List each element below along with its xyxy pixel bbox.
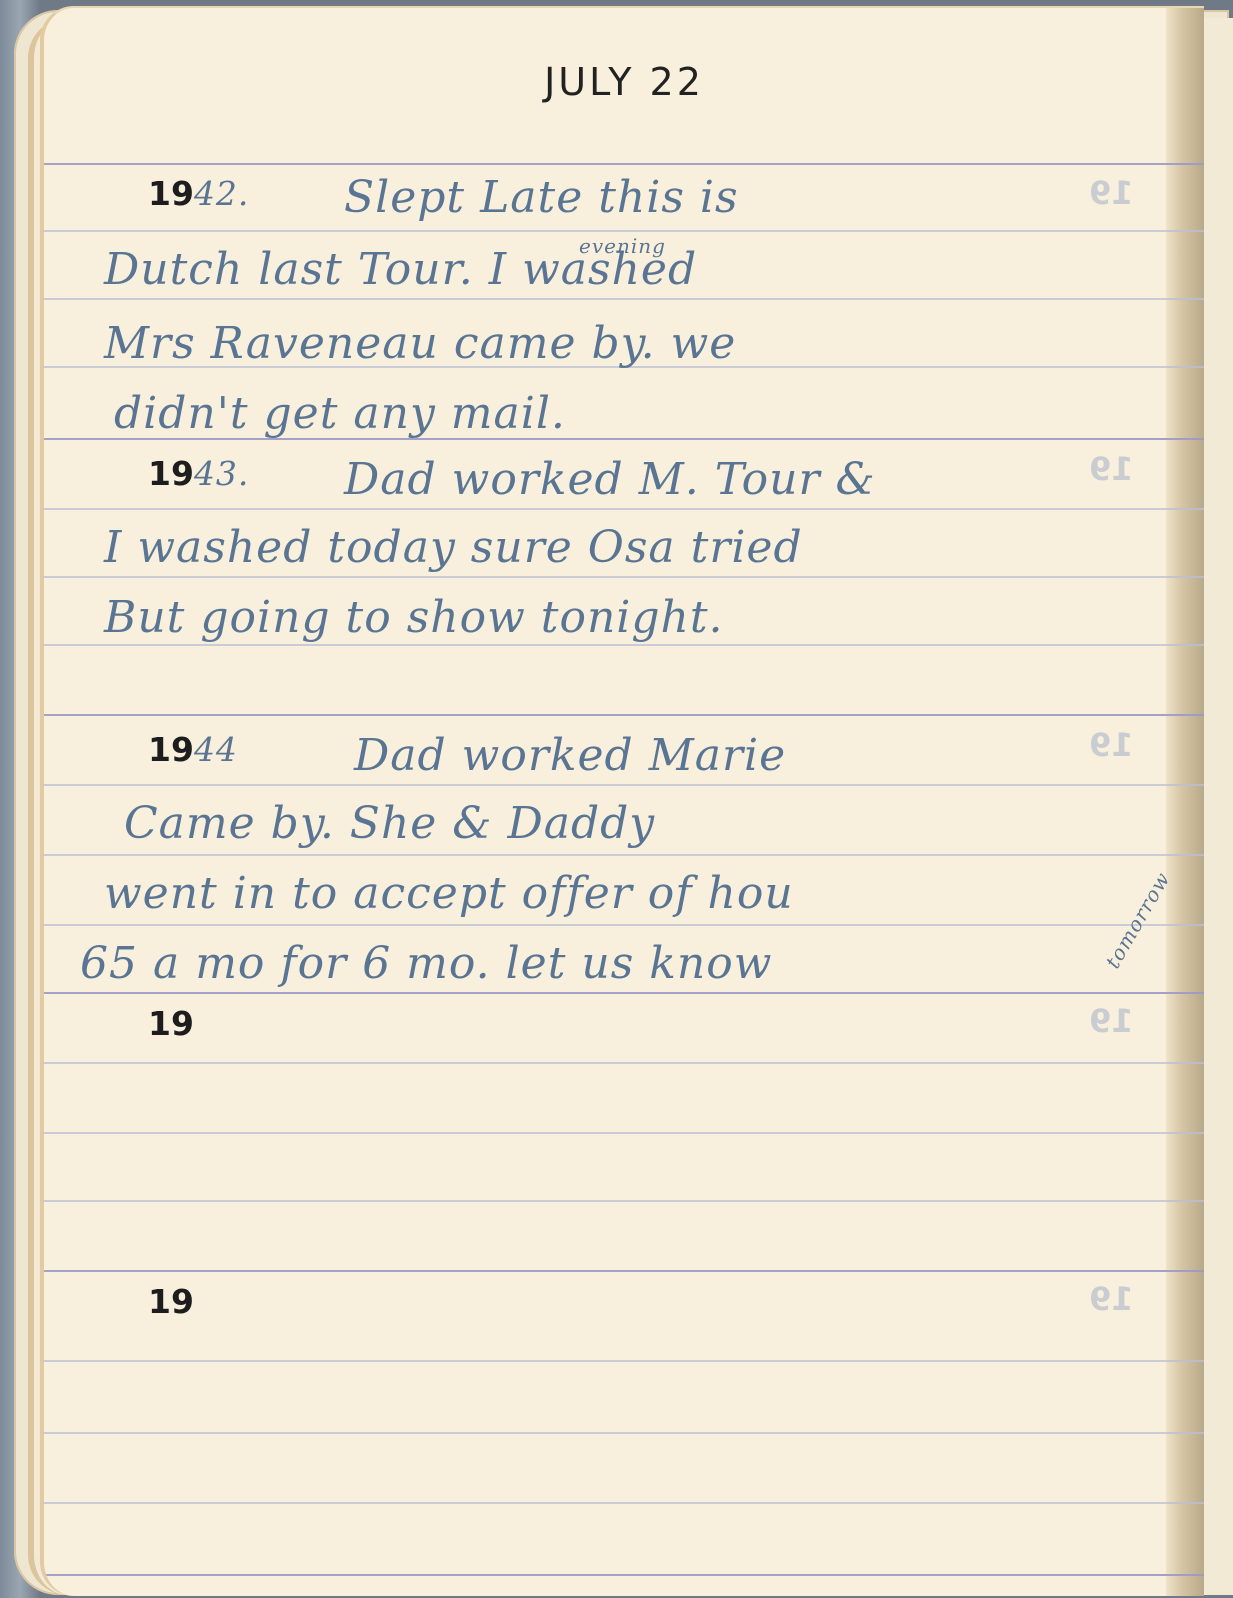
- entry-text-line: didn't get any mail.: [114, 388, 566, 439]
- diary-page: JULY 22 19 19 19 19 19 1942. Slept Late …: [40, 6, 1204, 1596]
- year-prefix: 19: [148, 1282, 194, 1321]
- ruled-line: [44, 1062, 1204, 1064]
- entry-year-1942: 1942.: [148, 174, 249, 213]
- section-rule: [44, 992, 1204, 994]
- ruled-line: [44, 644, 1204, 646]
- ruled-line: [44, 1132, 1204, 1134]
- year-handwritten-suffix: 44: [194, 730, 238, 769]
- year-prefix: 19: [148, 174, 194, 213]
- page-gutter: [1166, 8, 1204, 1596]
- ruled-line: [44, 924, 1204, 926]
- bleed-through-year: 19: [1089, 450, 1134, 488]
- ruled-line: [44, 784, 1204, 786]
- entry-text-line: Slept Late this is: [344, 172, 739, 223]
- section-rule: [44, 1270, 1204, 1272]
- ruled-line: [44, 1200, 1204, 1202]
- ruled-line: [44, 1432, 1204, 1434]
- bleed-through-year: 19: [1089, 174, 1134, 212]
- ruled-line: [44, 576, 1204, 578]
- entry-year-1944: 1944: [148, 730, 238, 769]
- entry-text-line: Dutch last Tour. I washed: [104, 244, 697, 295]
- bleed-through-year: 19: [1089, 1280, 1134, 1318]
- year-prefix: 19: [148, 1004, 194, 1043]
- entry-text-line: went in to accept offer of hou: [104, 868, 794, 919]
- entry-year-blank: 19: [148, 1282, 194, 1321]
- page-date-header: JULY 22: [44, 60, 1204, 104]
- year-handwritten-suffix: 42.: [194, 174, 249, 213]
- ruled-line: [44, 298, 1204, 300]
- ruled-line: [44, 1502, 1204, 1504]
- bleed-through-year: 19: [1089, 1002, 1134, 1040]
- ruled-line: [44, 1360, 1204, 1362]
- entry-text-line: Dad worked M. Tour &: [344, 454, 876, 505]
- entry-insertion: tomorrow: [1100, 868, 1174, 973]
- year-prefix: 19: [148, 730, 194, 769]
- year-handwritten-suffix: 43.: [194, 454, 249, 493]
- ruled-line: [44, 854, 1204, 856]
- section-rule: [44, 163, 1204, 165]
- entry-text-line: Mrs Raveneau came by. we: [104, 318, 736, 369]
- section-rule: [44, 714, 1204, 716]
- entry-text-line: I washed today sure Osa tried: [104, 522, 803, 573]
- entry-text-line: But going to show tonight.: [104, 592, 724, 643]
- section-rule: [44, 1574, 1204, 1576]
- ruled-line: [44, 230, 1204, 232]
- bleed-through-year: 19: [1089, 726, 1134, 764]
- entry-year-1943: 1943.: [148, 454, 249, 493]
- entry-text-line: Dad worked Marie: [354, 730, 786, 781]
- entry-text-line: 65 a mo for 6 mo. let us know: [80, 938, 772, 989]
- ruled-line: [44, 508, 1204, 510]
- year-prefix: 19: [148, 454, 194, 493]
- entry-year-blank: 19: [148, 1004, 194, 1043]
- entry-text-line: Came by. She & Daddy: [124, 798, 655, 849]
